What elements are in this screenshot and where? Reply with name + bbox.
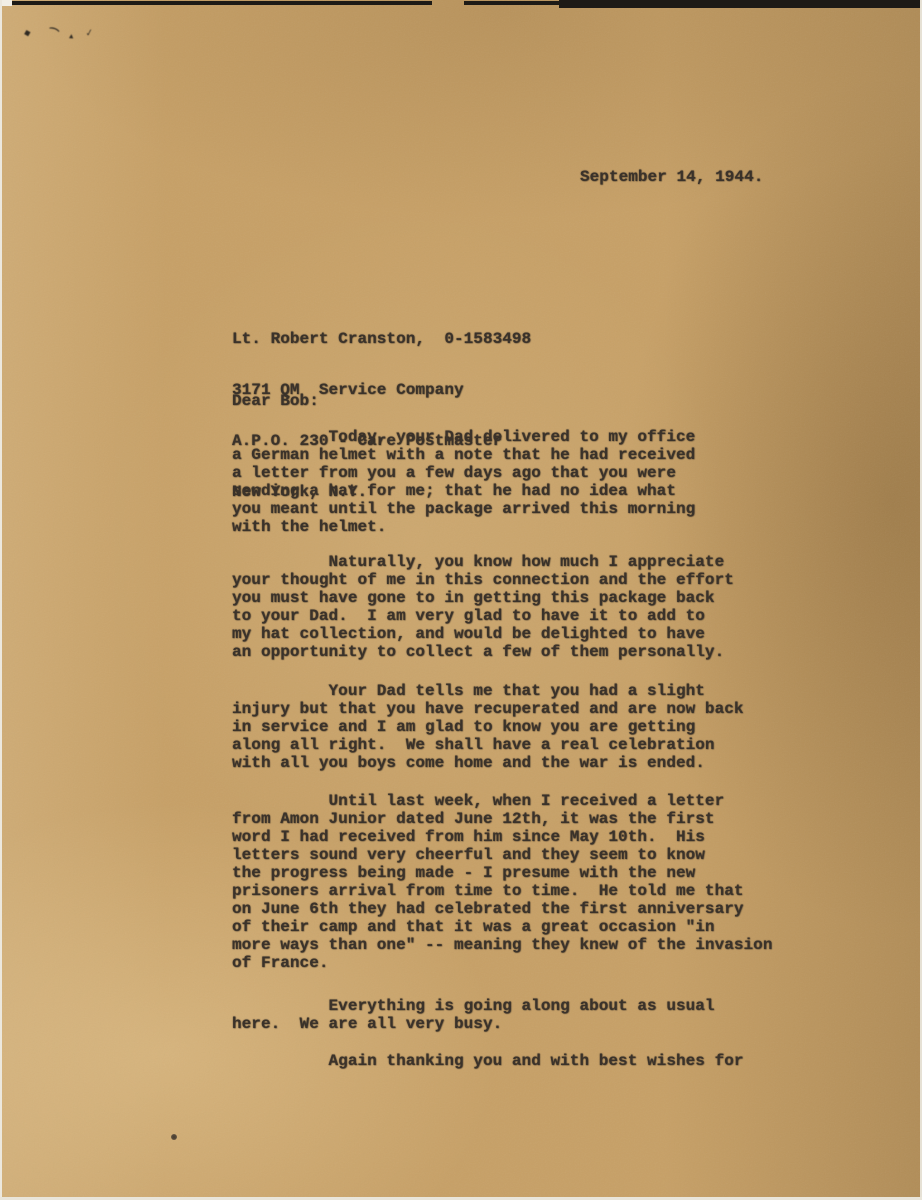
letter-paragraph: Today, your Dad delivered to my office a…: [232, 428, 695, 536]
ink-spot: [171, 1134, 177, 1140]
scan-edge-bar: [12, 1, 432, 5]
recipient-line: Lt. Robert Cranston, 0-1583498: [232, 331, 531, 348]
letter-date: September 14, 1944.: [580, 168, 763, 186]
salutation: Dear Bob:: [232, 392, 319, 410]
pencil-mark-icon: ⁀: [46, 27, 59, 43]
pencil-mark-icon: ◆: [22, 25, 32, 40]
pencil-mark-icon: ✓: [85, 26, 94, 41]
scan-edge: [0, 0, 2, 1200]
scan-edge-bar: [464, 1, 559, 5]
letter-paragraph: Naturally, you know how much I appreciat…: [232, 553, 734, 661]
scan-edge-bar: [559, 0, 922, 8]
pencil-mark-icon: ▴: [67, 29, 75, 44]
letter-page: ◆ ⁀ ▴ ✓ September 14, 1944. Lt. Robert C…: [2, 0, 920, 1197]
letter-paragraph: Your Dad tells me that you had a slight …: [232, 682, 744, 772]
letter-paragraph: Again thanking you and with best wishes …: [232, 1052, 744, 1070]
scan-edge-gap: [2, 0, 12, 6]
letter-paragraph: Until last week, when I received a lette…: [232, 792, 773, 972]
letter-paragraph: Everything is going along about as usual…: [232, 997, 715, 1033]
pencil-marks: ◆ ⁀ ▴ ✓: [24, 24, 104, 42]
